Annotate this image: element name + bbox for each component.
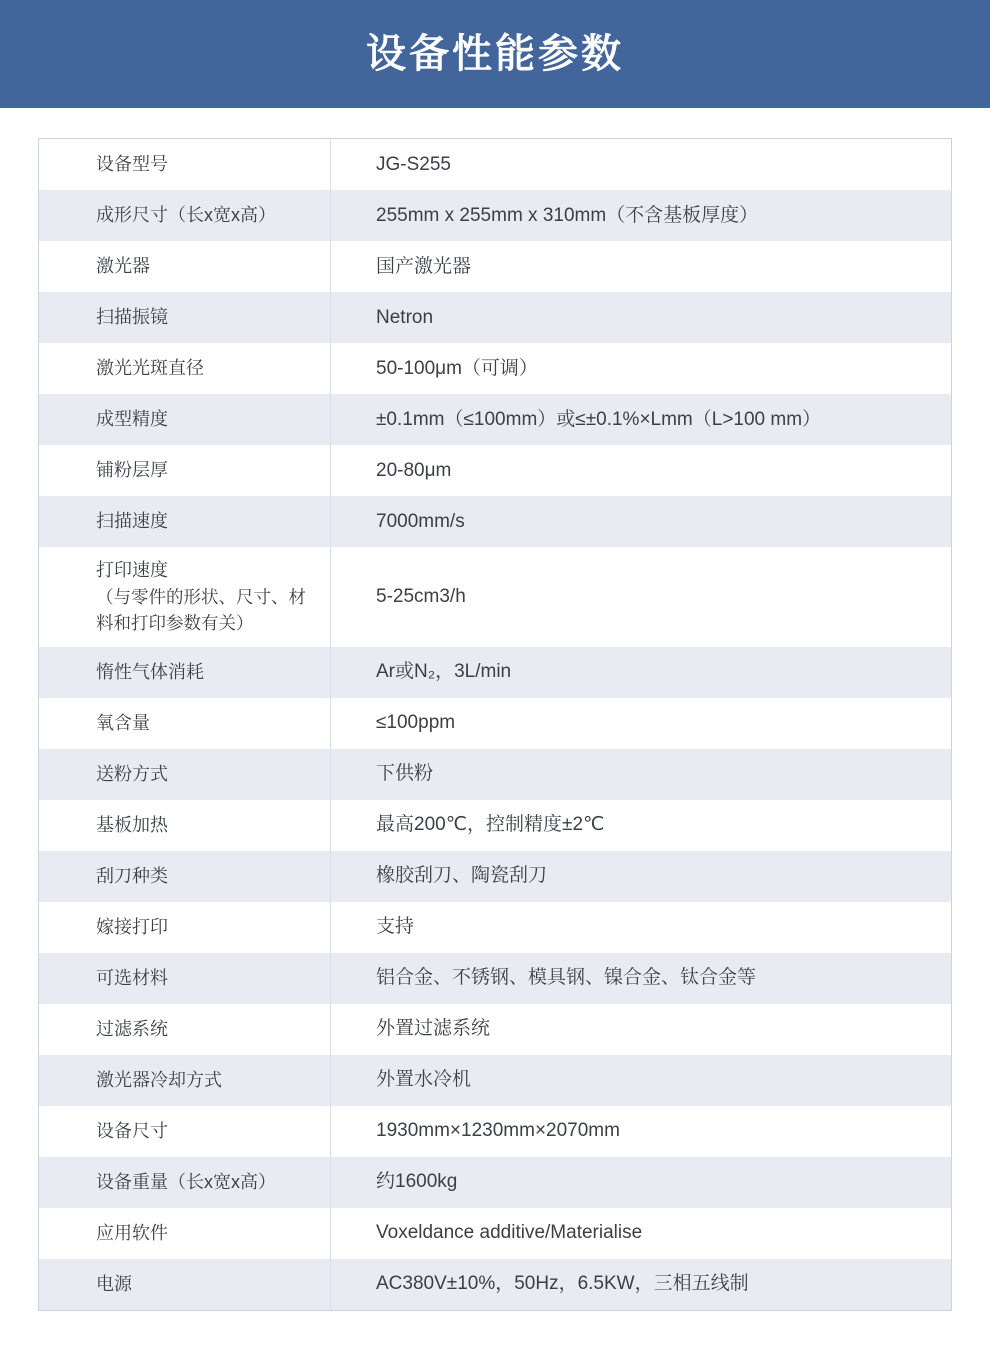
table-row: 基板加热 最高200℃，控制精度±2℃ <box>39 800 951 851</box>
table-row: 氧含量 ≤100ppm <box>39 698 951 749</box>
spec-label: 刮刀种类 <box>96 863 318 890</box>
spec-label-cell: 激光器冷却方式 <box>39 1055 331 1106</box>
spec-label: 送粉方式 <box>96 761 318 788</box>
table-row: 铺粉层厚 20-80μm <box>39 445 951 496</box>
spec-value: 20-80μm <box>331 445 951 496</box>
spec-label-cell: 电源 <box>39 1259 331 1310</box>
table-row: 成型精度 ±0.1mm（≤100mm）或≤±0.1%×Lmm（L>100 mm） <box>39 394 951 445</box>
spec-label-cell: 基板加热 <box>39 800 331 851</box>
spec-label: 成形尺寸（长x宽x高） <box>96 202 318 229</box>
table-row: 激光光斑直径 50-100μm（可调） <box>39 343 951 394</box>
spec-label: 扫描速度 <box>96 508 318 535</box>
spec-value: Ar或N₂，3L/min <box>331 647 951 698</box>
spec-value: Voxeldance additive/Materialise <box>331 1208 951 1259</box>
table-row: 惰性气体消耗 Ar或N₂，3L/min <box>39 647 951 698</box>
spec-table: 设备型号 JG-S255 成形尺寸（长x宽x高） 255mm x 255mm x… <box>38 138 952 1311</box>
spec-value: 国产激光器 <box>331 241 951 292</box>
spec-label-cell: 成形尺寸（长x宽x高） <box>39 190 331 241</box>
spec-label-cell: 氧含量 <box>39 698 331 749</box>
spec-value: 外置水冷机 <box>331 1055 951 1106</box>
spec-label-cell: 设备重量（长x宽x高） <box>39 1157 331 1208</box>
table-row: 可选材料 铝合金、不锈钢、模具钢、镍合金、钛合金等 <box>39 953 951 1004</box>
spec-label-cell: 可选材料 <box>39 953 331 1004</box>
spec-label: 设备重量（长x宽x高） <box>96 1169 318 1196</box>
spec-value: 外置过滤系统 <box>331 1004 951 1055</box>
spec-label: 嫁接打印 <box>96 914 318 941</box>
spec-value: 7000mm/s <box>331 496 951 547</box>
spec-label-cell: 过滤系统 <box>39 1004 331 1055</box>
spec-label-cell: 铺粉层厚 <box>39 445 331 496</box>
spec-value: JG-S255 <box>331 139 951 190</box>
table-row: 设备尺寸 1930mm×1230mm×2070mm <box>39 1106 951 1157</box>
table-row: 扫描振镜 Netron <box>39 292 951 343</box>
spec-label-note: （与零件的形状、尺寸、材料和打印参数有关） <box>96 584 318 637</box>
table-row: 成形尺寸（长x宽x高） 255mm x 255mm x 310mm（不含基板厚度… <box>39 190 951 241</box>
spec-value: 255mm x 255mm x 310mm（不含基板厚度） <box>331 190 951 241</box>
spec-label: 过滤系统 <box>96 1016 318 1043</box>
spec-value: 最高200℃，控制精度±2℃ <box>331 800 951 851</box>
table-row: 送粉方式 下供粉 <box>39 749 951 800</box>
spec-value: 约1600kg <box>331 1157 951 1208</box>
spec-label-cell: 打印速度 （与零件的形状、尺寸、材料和打印参数有关） <box>39 547 331 647</box>
spec-label-cell: 惰性气体消耗 <box>39 647 331 698</box>
spec-label: 打印速度 <box>96 557 318 584</box>
spec-label: 铺粉层厚 <box>96 457 318 484</box>
table-row: 打印速度 （与零件的形状、尺寸、材料和打印参数有关） 5-25cm3/h <box>39 547 951 647</box>
spec-value: 橡胶刮刀、陶瓷刮刀 <box>331 851 951 902</box>
spec-label-cell: 设备型号 <box>39 139 331 190</box>
spec-label: 基板加热 <box>96 812 318 839</box>
table-row: 过滤系统 外置过滤系统 <box>39 1004 951 1055</box>
table-row: 刮刀种类 橡胶刮刀、陶瓷刮刀 <box>39 851 951 902</box>
spec-label-cell: 扫描振镜 <box>39 292 331 343</box>
spec-label: 设备尺寸 <box>96 1118 318 1145</box>
spec-value: 50-100μm（可调） <box>331 343 951 394</box>
table-row: 激光器冷却方式 外置水冷机 <box>39 1055 951 1106</box>
spec-label: 激光器冷却方式 <box>96 1067 318 1094</box>
header-banner: 设备性能参数 <box>0 0 990 108</box>
spec-label: 激光器 <box>96 253 318 280</box>
spec-value: 5-25cm3/h <box>331 547 951 647</box>
table-row: 电源 AC380V±10%，50Hz，6.5KW，三相五线制 <box>39 1259 951 1310</box>
spec-value: 支持 <box>331 902 951 953</box>
spec-label: 成型精度 <box>96 406 318 433</box>
spec-label: 激光光斑直径 <box>96 355 318 382</box>
spec-value: 铝合金、不锈钢、模具钢、镍合金、钛合金等 <box>331 953 951 1004</box>
spec-label-cell: 设备尺寸 <box>39 1106 331 1157</box>
spec-label: 设备型号 <box>96 151 318 178</box>
spec-label: 应用软件 <box>96 1220 318 1247</box>
page-title: 设备性能参数 <box>366 34 624 74</box>
spec-value: ≤100ppm <box>331 698 951 749</box>
spec-label-cell: 嫁接打印 <box>39 902 331 953</box>
spec-label-cell: 激光器 <box>39 241 331 292</box>
spec-value: Netron <box>331 292 951 343</box>
spec-label-cell: 扫描速度 <box>39 496 331 547</box>
spec-label-cell: 成型精度 <box>39 394 331 445</box>
spec-label-cell: 应用软件 <box>39 1208 331 1259</box>
table-row: 应用软件 Voxeldance additive/Materialise <box>39 1208 951 1259</box>
spec-value: 1930mm×1230mm×2070mm <box>331 1106 951 1157</box>
spec-label: 可选材料 <box>96 965 318 992</box>
table-row: 扫描速度 7000mm/s <box>39 496 951 547</box>
spec-sheet-page: 设备性能参数 设备型号 JG-S255 成形尺寸（长x宽x高） 255mm x … <box>0 0 990 1355</box>
spec-label: 扫描振镜 <box>96 304 318 331</box>
table-row: 激光器 国产激光器 <box>39 241 951 292</box>
table-row: 设备重量（长x宽x高） 约1600kg <box>39 1157 951 1208</box>
spec-value: AC380V±10%，50Hz，6.5KW，三相五线制 <box>331 1259 951 1310</box>
spec-label: 电源 <box>96 1271 318 1298</box>
spec-label: 惰性气体消耗 <box>96 659 318 686</box>
spec-label-cell: 刮刀种类 <box>39 851 331 902</box>
table-row: 设备型号 JG-S255 <box>39 139 951 190</box>
spec-label-cell: 激光光斑直径 <box>39 343 331 394</box>
spec-value: ±0.1mm（≤100mm）或≤±0.1%×Lmm（L>100 mm） <box>331 394 951 445</box>
spec-label: 氧含量 <box>96 710 318 737</box>
table-row: 嫁接打印 支持 <box>39 902 951 953</box>
spec-value: 下供粉 <box>331 749 951 800</box>
spec-label-cell: 送粉方式 <box>39 749 331 800</box>
